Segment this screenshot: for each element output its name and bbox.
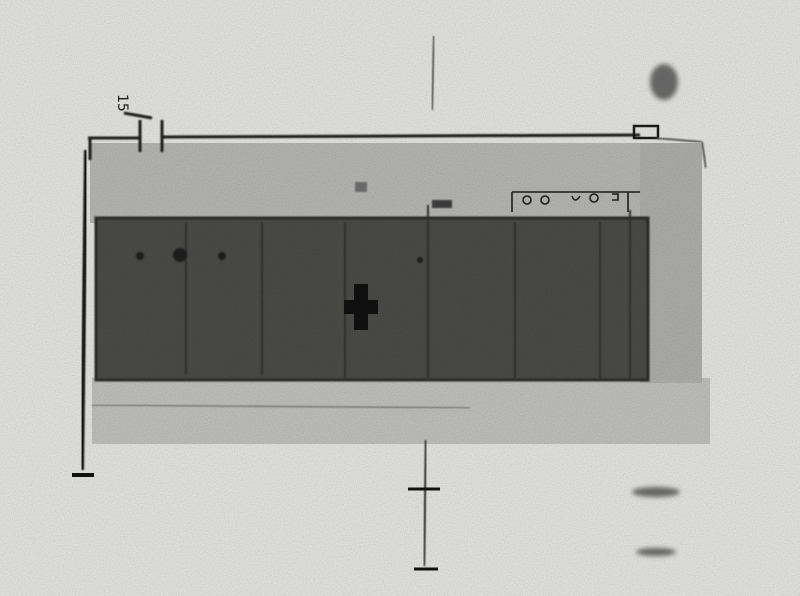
- lower-wash-band: [92, 378, 710, 444]
- drawing-svg: 15: [0, 0, 800, 596]
- scribble-number: 15: [114, 94, 130, 112]
- charcoal-drawing: 15: [0, 0, 800, 596]
- upper-wash-band: [90, 143, 702, 223]
- dark-main-block: [96, 218, 648, 380]
